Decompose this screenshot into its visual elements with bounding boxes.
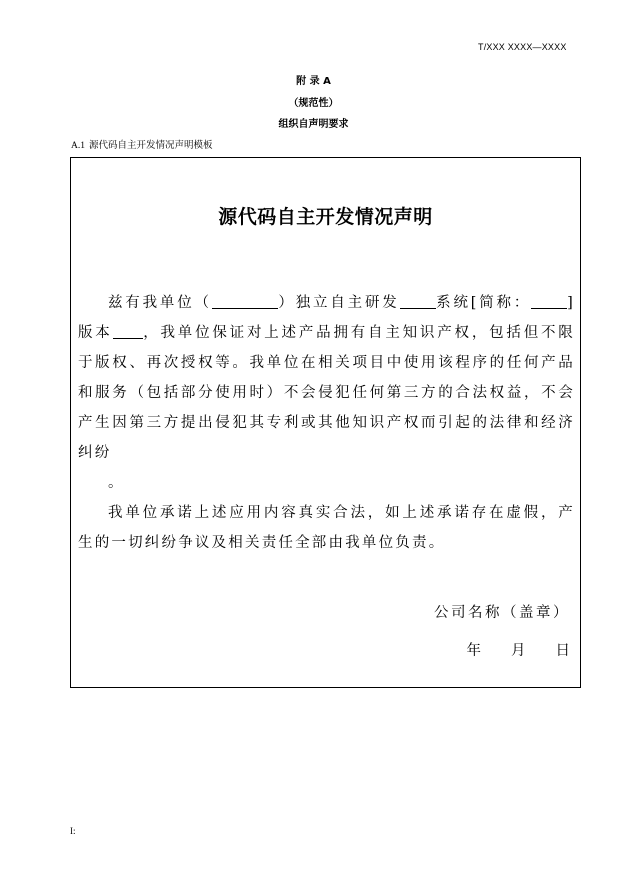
section-heading: A.1源代码自主开发情况声明模板 bbox=[71, 137, 213, 151]
para1-trailing-period: 。 bbox=[78, 468, 575, 498]
unit-name-blank bbox=[212, 292, 278, 309]
date-year: 年 bbox=[467, 639, 482, 660]
page-number: I: bbox=[70, 826, 76, 836]
declaration-body: 兹有我单位（）独立自主研发系统[简称：]版本，我单位保证对上述产品拥有自主知识产… bbox=[78, 288, 575, 558]
system-name-blank bbox=[400, 292, 436, 309]
standard-code: T/XXX XXXX—XXXX bbox=[478, 42, 567, 52]
para1-text-1: 兹有我单位（ bbox=[108, 295, 212, 311]
abbreviation-blank bbox=[531, 292, 567, 309]
date-line: 年月日 bbox=[467, 639, 571, 660]
company-signature-label: 公司名称（盖章） bbox=[434, 601, 570, 622]
declaration-template-box: 源代码自主开发情况声明 兹有我单位（）独立自主研发系统[简称：]版本，我单位保证… bbox=[70, 157, 581, 688]
declaration-paragraph-1: 兹有我单位（）独立自主研发系统[简称：]版本，我单位保证对上述产品拥有自主知识产… bbox=[78, 288, 575, 498]
section-title: 源代码自主开发情况声明模板 bbox=[89, 140, 213, 151]
version-blank bbox=[113, 322, 143, 339]
para1-text-5: ，我单位保证对上述产品拥有自主知识产权，包括但不限于版权、再次授权等。我单位在相… bbox=[78, 325, 575, 461]
section-number: A.1 bbox=[71, 141, 85, 151]
date-day: 日 bbox=[556, 639, 571, 660]
declaration-paragraph-2: 我单位承诺上述应用内容真实合法，如上述承诺存在虚假，产生的一切纠纷争议及相关责任… bbox=[78, 498, 575, 558]
para1-text-3: 系统[简称： bbox=[436, 295, 532, 311]
date-month: 月 bbox=[511, 639, 526, 660]
appendix-type: （规范性） bbox=[0, 94, 627, 109]
para1-text-2: ）独立自主研发 bbox=[278, 295, 400, 311]
appendix-title: 附 录 A bbox=[0, 72, 627, 87]
declaration-title: 源代码自主开发情况声明 bbox=[71, 202, 580, 229]
appendix-subject: 组织自声明要求 bbox=[0, 115, 627, 130]
